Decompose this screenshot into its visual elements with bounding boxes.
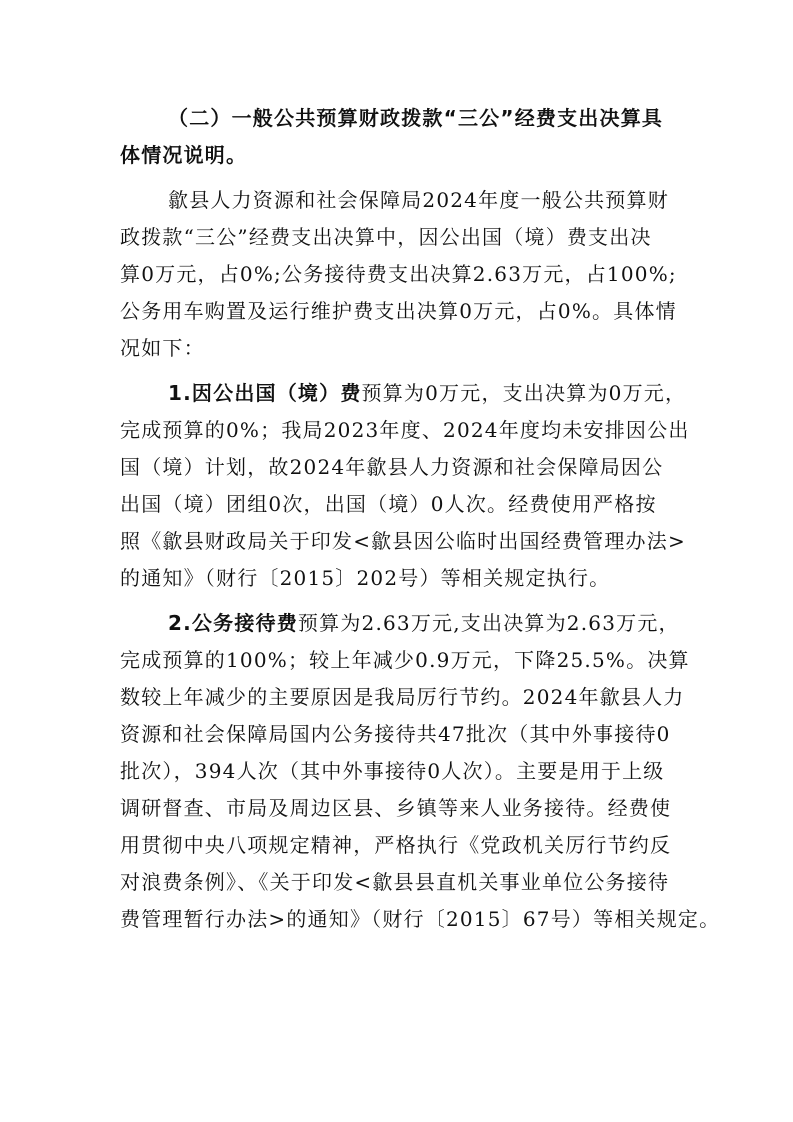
- paragraph-line: 2.公务接待费预算为2.63万元,支出决算为2.63万元，: [120, 605, 708, 642]
- paragraph-line: 费管理暂行办法>的通知》（财行〔2015〕67号）等相关规定。: [120, 901, 708, 938]
- paragraph-line: 算0万元，占0%;公务接待费支出决算2.63万元，占100%;: [120, 256, 708, 293]
- section-2-title: 2.公务接待费: [168, 611, 298, 635]
- section-2-first-line: 预算为2.63万元,支出决算为2.63万元，: [298, 611, 680, 635]
- paragraph-line: 调研督查、市局及周边区县、乡镇等来人业务接待。经费使: [120, 790, 708, 827]
- paragraph-line: 批次），394人次（其中外事接待0人次）。主要是用于上级: [120, 753, 708, 790]
- paragraph-line: 政拨款“三公”经费支出决算中，因公出国（境）费支出决: [120, 219, 708, 256]
- paragraph-line: 公务用车购置及运行维护费支出决算0万元，占0%。具体情: [120, 293, 708, 330]
- paragraph-line: 资源和社会保障局国内公务接待共47批次（其中外事接待0: [120, 716, 708, 753]
- paragraph-line: 的通知》（财行〔2015〕202号）等相关规定执行。: [120, 560, 708, 597]
- paragraph-line: 完成预算的100%；较上年减少0.9万元，下降25.5%。决算: [120, 642, 708, 679]
- paragraph-line: 1.因公出国（境）费预算为0万元，支出决算为0万元，: [120, 375, 708, 412]
- paragraph-line: 完成预算的0%；我局2023年度、2024年度均未安排因公出: [120, 412, 708, 449]
- intro-paragraph: 歙县人力资源和社会保障局2024年度一般公共预算财 政拨款“三公”经费支出决算中…: [120, 182, 708, 367]
- paragraph-line: 照《歙县财政局关于印发<歙县因公临时出国经费管理办法>: [120, 523, 708, 560]
- paragraph-line: 对浪费条例》、《关于印发<歙县县直机关事业单位公务接待: [120, 864, 708, 901]
- paragraph-line: 数较上年减少的主要原因是我局厉行节约。2024年歙县人力: [120, 679, 708, 716]
- section-1-title: 1.因公出国（境）费: [168, 381, 362, 405]
- paragraph-line: 出国（境）团组0次，出国（境）0人次。经费使用严格按: [120, 486, 708, 523]
- section-1-paragraph: 1.因公出国（境）费预算为0万元，支出决算为0万元， 完成预算的0%；我局202…: [120, 375, 708, 597]
- paragraph-line: 国（境）计划，故2024年歙县人力资源和社会保障局因公: [120, 449, 708, 486]
- paragraph-line: 况如下：: [120, 330, 708, 367]
- section-2-paragraph: 2.公务接待费预算为2.63万元,支出决算为2.63万元， 完成预算的100%；…: [120, 605, 708, 938]
- section-1-first-line: 预算为0万元，支出决算为0万元，: [362, 381, 687, 405]
- document-page: （二）一般公共预算财政拨款“三公”经费支出决算具 体情况说明。 歙县人力资源和社…: [120, 100, 708, 938]
- paragraph-line: 用贯彻中央八项规定精神，严格执行《党政机关厉行节约反: [120, 827, 708, 864]
- section-heading-line-1: （二）一般公共预算财政拨款“三公”经费支出决算具: [120, 100, 708, 137]
- section-heading-line-2: 体情况说明。: [120, 137, 708, 174]
- paragraph-line: 歙县人力资源和社会保障局2024年度一般公共预算财: [120, 182, 708, 219]
